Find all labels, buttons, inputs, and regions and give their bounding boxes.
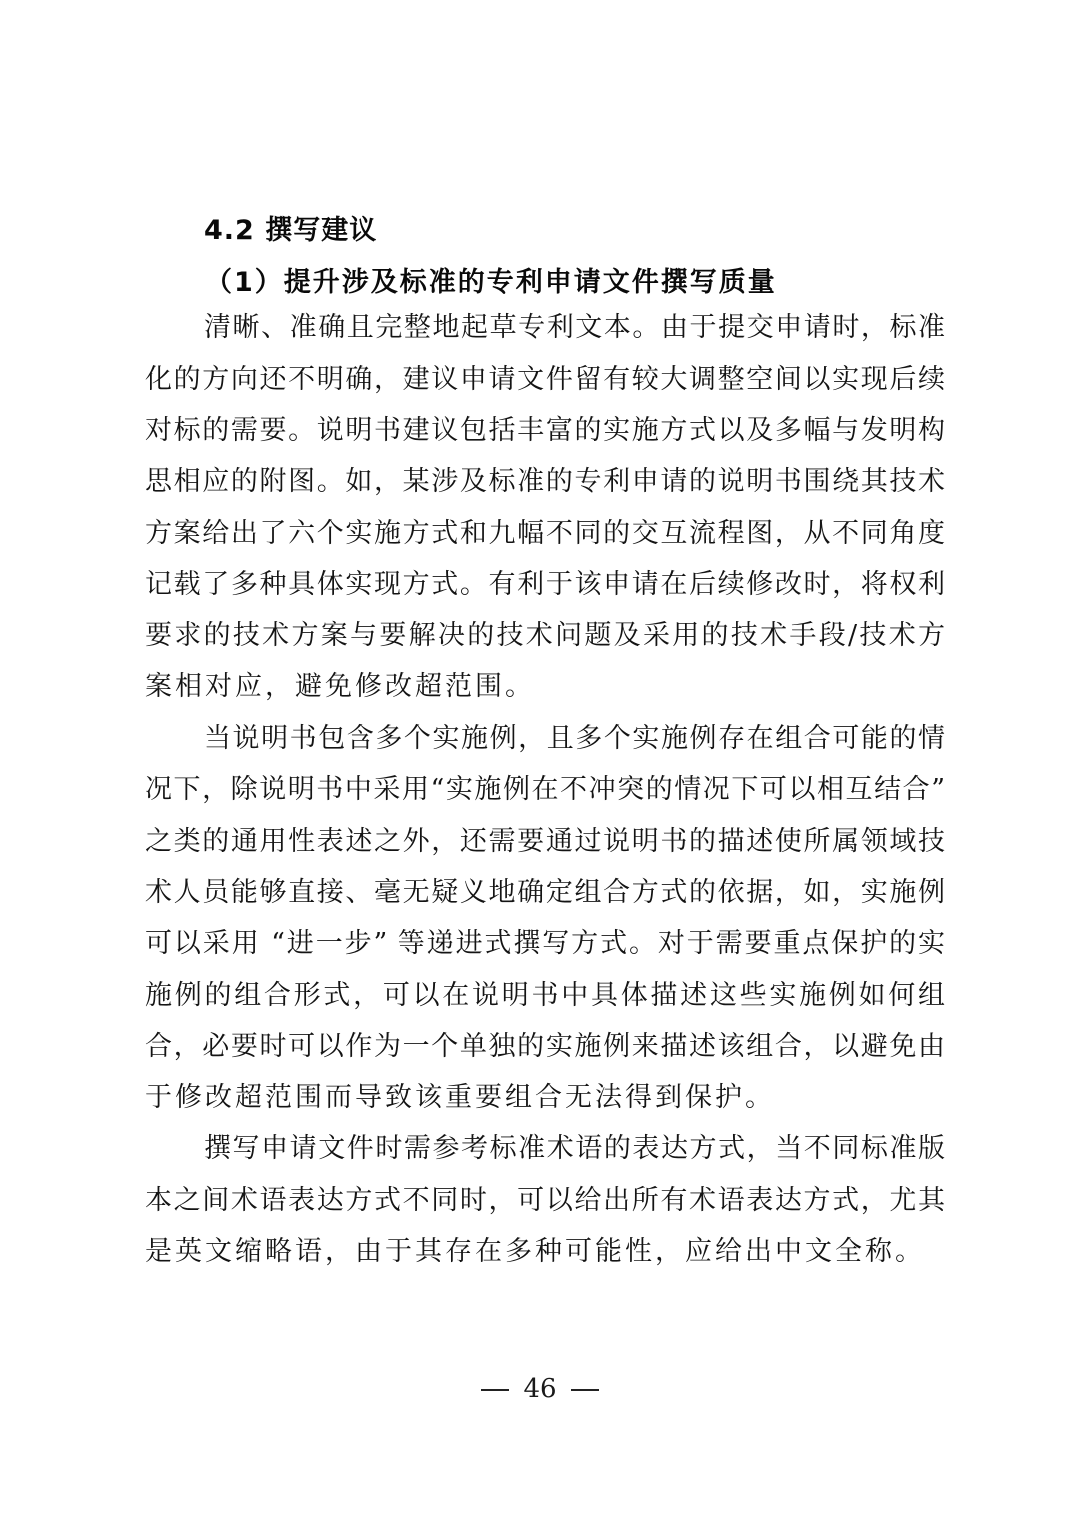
text-line: 于修改超范围而导致该重要组合无法得到保护。 bbox=[145, 1081, 945, 1115]
section-heading: 4.2 撰写建议 bbox=[204, 208, 377, 247]
text-line: 施例的组合形式，可以在说明书中具体描述这些实施例如何组 bbox=[145, 979, 945, 1013]
text-line: 之类的通用性表述之外，还需要通过说明书的描述使所属领域技 bbox=[145, 825, 945, 859]
text-line: 案相对应，避免修改超范围。 bbox=[145, 670, 945, 704]
text-line: 对标的需要。说明书建议包括丰富的实施方式以及多幅与发明构 bbox=[145, 414, 945, 448]
text-line: 思相应的附图。如，某涉及标准的专利申请的说明书围绕其技术 bbox=[145, 465, 945, 499]
page-footer: 46 bbox=[0, 1374, 1080, 1404]
text-line: 本之间术语表达方式不同时，可以给出所有术语表达方式，尤其 bbox=[145, 1184, 945, 1218]
text-line: 可以采用 “进一步” 等递进式撰写方式。对于需要重点保护的实 bbox=[145, 927, 945, 961]
text-line: 是英文缩略语，由于其存在多种可能性，应给出中文全称。 bbox=[145, 1235, 945, 1269]
text-line: 术人员能够直接、毫无疑义地确定组合方式的依据，如，实施例 bbox=[145, 876, 945, 910]
text-line: 况下，除说明书中采用“实施例在不冲突的情况下可以相互结合” bbox=[145, 773, 945, 807]
text-line: 合，必要时可以作为一个单独的实施例来描述该组合，以避免由 bbox=[145, 1030, 945, 1064]
subsection-heading: （1）提升涉及标准的专利申请文件撰写质量 bbox=[205, 260, 777, 299]
text-line: 当说明书包含多个实施例，且多个实施例存在组合可能的情 bbox=[204, 722, 945, 756]
text-line: 清晰、准确且完整地起草专利文本。由于提交申请时，标准 bbox=[204, 311, 945, 345]
document-page: 4.2 撰写建议 （1）提升涉及标准的专利申请文件撰写质量 清晰、准确且完整地起… bbox=[0, 0, 1080, 1527]
text-line: 化的方向还不明确，建议申请文件留有较大调整空间以实现后续 bbox=[145, 363, 945, 397]
dash-left bbox=[481, 1389, 509, 1391]
text-line: 记载了多种具体实现方式。有利于该申请在后续修改时，将权利 bbox=[145, 568, 945, 602]
text-line: 要求的技术方案与要解决的技术问题及采用的技术手段/技术方 bbox=[145, 619, 945, 653]
page-number: 46 bbox=[523, 1374, 556, 1404]
text-line: 方案给出了六个实施方式和九幅不同的交互流程图，从不同角度 bbox=[145, 517, 945, 551]
text-line: 撰写申请文件时需参考标准术语的表达方式，当不同标准版 bbox=[204, 1132, 945, 1166]
dash-right bbox=[571, 1389, 599, 1391]
